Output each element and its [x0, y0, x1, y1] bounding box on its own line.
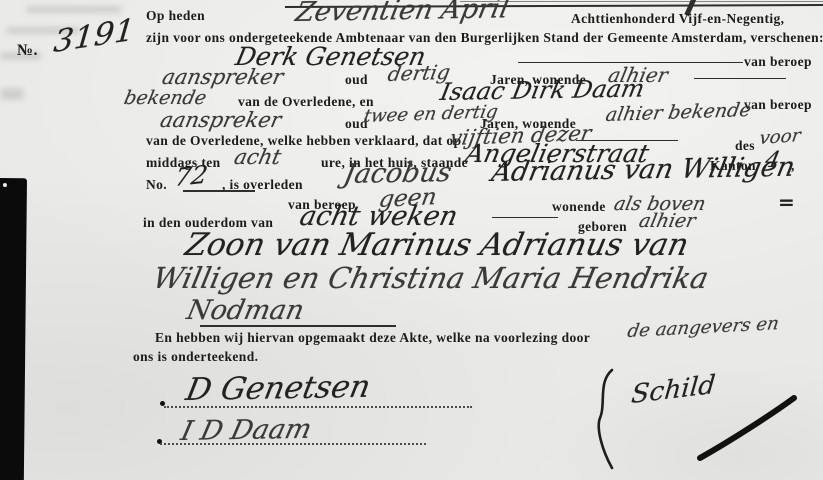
printed-van-beroep-2: van beroep: [744, 97, 812, 113]
death-certificate-scan: №. 3191 Op heden Zeventien April Achttie…: [0, 0, 823, 480]
hw-deceased-surname: Adrianus van Willigen: [489, 152, 798, 188]
signature-declarant1: D Genetsen: [183, 369, 373, 408]
signature-brace-stroke: [588, 368, 622, 472]
act-number-label: №.: [17, 42, 38, 60]
hw-date-of-act: Zeventien April: [293, 0, 512, 28]
hw-equals-mark: =: [778, 190, 795, 214]
hw-readers: de aangevers en: [626, 313, 781, 342]
printed-closing-line1: En hebben wij hiervan opgemaakt deze Akt…: [155, 330, 590, 346]
signature-dotted-line: [160, 443, 426, 445]
printed-op-heden: Op heden: [146, 8, 205, 24]
top-rule-secondary: [460, 1, 823, 2]
signature-declarant2: I D Daam: [178, 414, 315, 447]
hw-mother-surname: Nodman: [184, 295, 307, 326]
hw-parents-line2: Willigen en Christina Maria Hendrika: [150, 261, 712, 295]
filler-dash: [694, 78, 786, 79]
hw-parents-line1: Zoon van Marinus Adrianus van: [182, 227, 692, 263]
signature-flourish-stroke: [692, 392, 802, 464]
hw-declarant2-name: Isaac Dirk Daam: [438, 74, 647, 106]
printed-closing-line2: ons is onderteekend.: [133, 349, 258, 365]
scan-speck: [3, 183, 7, 187]
printed-is-overleden: , is overleden: [222, 177, 303, 193]
hw-declarant1-occupation: aanspreker: [160, 65, 286, 89]
filler-dash: [492, 217, 558, 218]
printed-oud-1: oud: [345, 72, 368, 88]
printed-year: Achttienhonderd Vijf-en-Negentig,: [571, 11, 784, 27]
hw-declarant1-relation: bekende: [122, 87, 208, 109]
mother-surname-underline: [200, 325, 396, 327]
printed-wonende: wonende: [552, 199, 606, 215]
printed-verklaard-dat-op: van de Overledene, welke hebben verklaar…: [146, 133, 461, 149]
bleedthrough-mark: [0, 88, 24, 100]
scan-spine-bar: [0, 178, 27, 480]
hw-declarant2-residence: alhier bekende: [604, 99, 753, 126]
hw-declarant2-occupation: aanspreker: [158, 108, 284, 132]
act-number-value: 3191: [52, 12, 136, 60]
hw-declarant2-age: twee en dertig: [362, 101, 500, 127]
printed-no: No.: [146, 177, 167, 193]
hw-house-number: 72: [173, 160, 210, 192]
hw-death-hour: acht: [232, 145, 283, 169]
signature-dotted-line: [164, 406, 472, 408]
printed-van-beroep-1: van beroep: [744, 54, 812, 70]
hw-daypart: voor: [758, 125, 802, 149]
bleedthrough-mark: [26, 6, 122, 13]
